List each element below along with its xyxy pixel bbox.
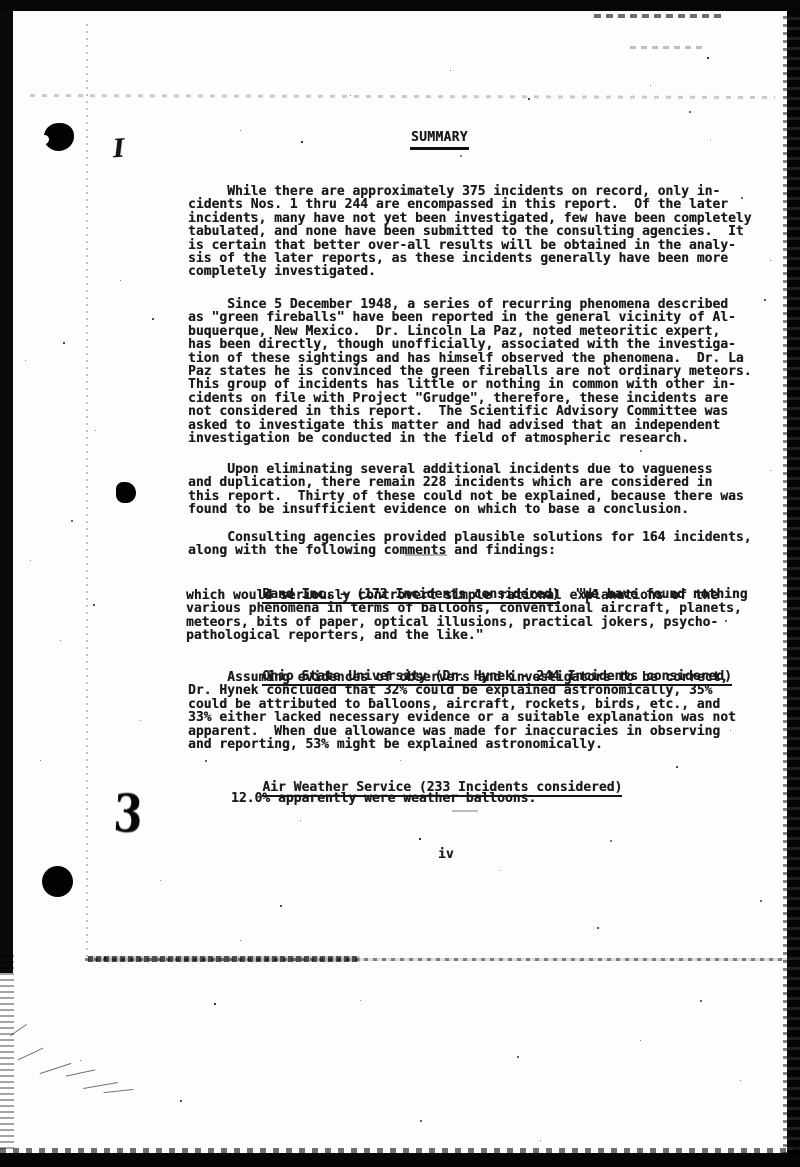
scratch-mark: [83, 1082, 118, 1089]
scan-left-border: [0, 0, 13, 973]
pen-mark: I: [112, 136, 125, 162]
paragraph-overview: While there are approximately 375 incide…: [188, 185, 788, 279]
scratch-mark: [40, 1063, 72, 1074]
paragraph-green-fireballs: Since 5 December 1948, a series of recur…: [188, 298, 788, 445]
scan-top-border: [0, 0, 800, 11]
faint-dash-mark: [405, 554, 447, 556]
page-title: SUMMARY: [410, 131, 469, 150]
ink-mark: 3: [112, 788, 144, 841]
page-number: iv: [438, 848, 454, 861]
paragraph-consulting-agencies: Consulting agencies provided plausible s…: [188, 531, 788, 558]
scanned-document-page: SUMMARY While there are approximately 37…: [0, 0, 800, 1167]
page-bottom-edge-dense: [88, 956, 360, 962]
scan-right-border-ragged: [783, 0, 787, 1167]
horizontal-crease: [30, 94, 775, 99]
scan-noise-dots-fine: [0, 0, 1, 1]
scan-right-border: [787, 0, 800, 1167]
ink-blob-middle: [116, 482, 136, 503]
scan-bottom-border: [0, 1153, 800, 1167]
scan-left-border-fade: [0, 955, 14, 1155]
rand-body: which would seriously controvert simple …: [186, 589, 796, 643]
ohio-body: Assuming evidences of observers and inve…: [188, 671, 798, 751]
scratch-mark: [66, 1069, 96, 1076]
vertical-fold-line: [86, 24, 88, 959]
scratch-mark: [104, 1089, 134, 1093]
hole-punch-blob-top: [44, 123, 74, 151]
top-right-smudge-2: [630, 46, 702, 49]
hole-punch-blob-bottom: [42, 866, 73, 897]
top-right-smudge: [594, 14, 724, 18]
paragraph-remaining-incidents: Upon eliminating several additional inci…: [188, 463, 788, 517]
scratch-mark: [18, 1048, 44, 1061]
aws-body: 12.0% apparently were weather balloons.: [231, 792, 771, 805]
faint-dash-mark-2: [452, 810, 478, 812]
